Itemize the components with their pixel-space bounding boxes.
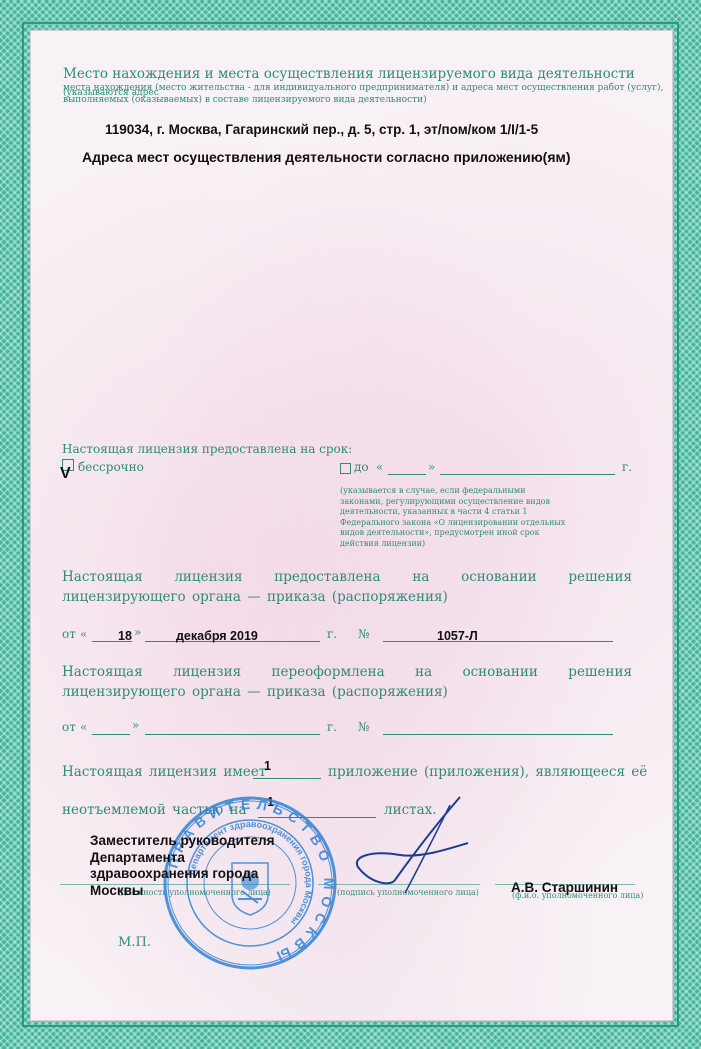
signature-icon (350, 795, 470, 895)
signer-title-line: Москвы (90, 883, 274, 900)
granted-quote-open: « (80, 627, 87, 641)
signer-name: А.В. Старшинин (511, 880, 618, 895)
signer-title-line: Заместитель руководителя (90, 833, 274, 850)
granted-number-label: № (358, 627, 369, 641)
perpetual-label: бессрочно (78, 460, 144, 474)
until-label: до (354, 460, 369, 474)
annex-text-after: приложение (приложения), являющееся её (328, 764, 647, 780)
until-checkbox[interactable] (340, 463, 351, 474)
location-subnote: места нахождения (место жительства - для… (63, 82, 668, 106)
granted-basis-text: Настоящая лицензия предоставлена на осно… (62, 567, 632, 607)
annex-text-before: Настоящая лицензия имеет (62, 764, 266, 780)
granted-from-label: от (62, 627, 76, 641)
signer-title-line: здравоохранения города (90, 866, 274, 883)
address-line: 119034, г. Москва, Гагаринский пер., д. … (105, 122, 538, 137)
granted-day: 18 (118, 629, 132, 643)
reissued-number-field[interactable] (383, 734, 613, 735)
until-note: (указывается в случае, если федеральными… (340, 486, 570, 549)
reissued-from-label: от (62, 720, 76, 734)
reissued-number-label: № (358, 720, 369, 734)
until-year-suffix: г. (622, 460, 632, 474)
until-quote-close: » (428, 460, 435, 474)
signer-title: Заместитель руководителя Департамента зд… (90, 833, 274, 899)
reissued-quote-open: « (80, 720, 87, 734)
reissued-basis-text: Настоящая лицензия переоформлена на осно… (62, 662, 632, 702)
seal-placeholder-label: М.П. (118, 935, 151, 950)
signer-title-line: Департамента (90, 850, 274, 867)
check-mark-icon: V (60, 465, 71, 483)
until-quote-open: « (376, 460, 383, 474)
reissued-day-field[interactable] (92, 734, 130, 735)
granted-number-field[interactable] (383, 641, 613, 642)
term-label: Настоящая лицензия предоставлена на срок… (62, 442, 352, 456)
granted-month-year: декабря 2019 (176, 629, 258, 643)
until-month-field[interactable] (440, 474, 615, 475)
reissued-quote-close: » (132, 718, 139, 732)
granted-year-suffix: г. (327, 627, 337, 641)
location-heading-text: Место нахождения и места осуществления л… (63, 66, 635, 82)
until-day-field[interactable] (388, 474, 426, 475)
granted-number: 1057-Л (437, 629, 478, 643)
granted-quote-close: » (134, 625, 141, 639)
annex-count: 1 (264, 759, 271, 773)
reissued-year-suffix: г. (327, 720, 337, 734)
address-appendix: Адреса мест осуществления деятельности с… (82, 149, 571, 165)
annex-count-field[interactable] (253, 778, 321, 779)
reissued-month-field[interactable] (145, 734, 320, 735)
